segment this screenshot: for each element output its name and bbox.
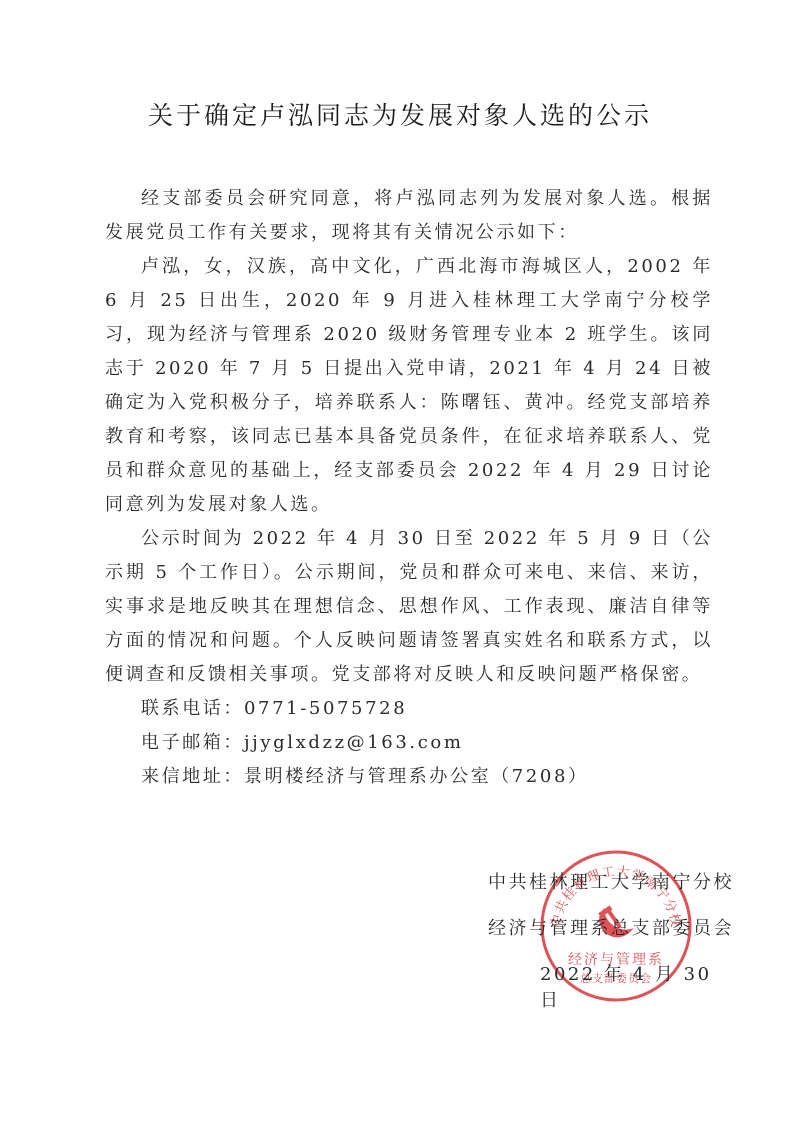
document-body: 经支部委员会研究同意，将卢泓同志列为发展对象人选。根据发展党员工作有关要求，现将…: [105, 182, 713, 794]
signature-org-line1: 中共桂林理工大学南宁分校: [488, 868, 734, 914]
paragraph-candidate-info: 卢泓，女，汉族，高中文化，广西北海市海城区人，2002 年 6 月 25 日出生…: [105, 250, 713, 522]
contact-address: 来信地址：景明楼经济与管理系办公室（7208）: [105, 760, 713, 794]
contact-phone: 联系电话：0771-5075728: [105, 692, 713, 726]
signature-date: 2022 年 4 月 30 日: [540, 960, 740, 1006]
signature-org-line2: 经济与管理系总支部委员会: [488, 914, 734, 960]
contact-email: 电子邮箱：jjyglxdzz@163.com: [105, 726, 713, 760]
paragraph-publicity-period: 公示时间为 2022 年 4 月 30 日至 2022 年 5 月 9 日（公示…: [105, 522, 713, 692]
document-title: 关于确定卢泓同志为发展对象人选的公示: [0, 96, 800, 132]
paragraph-intro: 经支部委员会研究同意，将卢泓同志列为发展对象人选。根据发展党员工作有关要求，现将…: [105, 182, 713, 250]
